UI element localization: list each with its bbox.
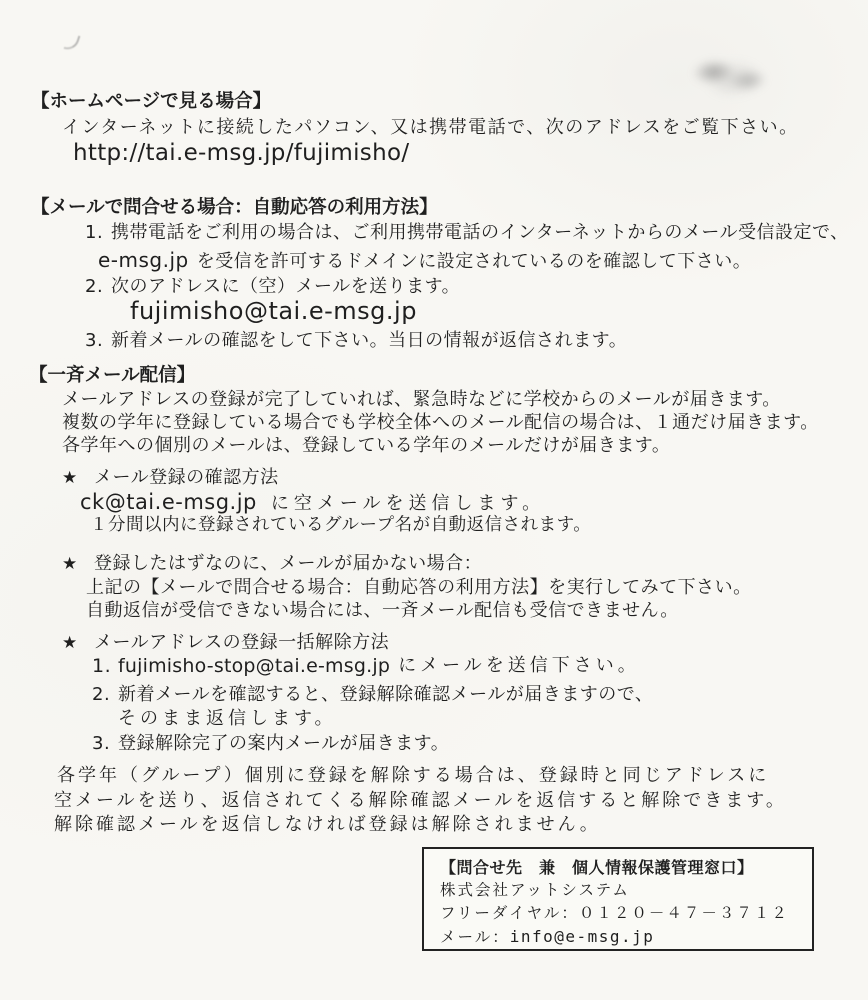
- unsubscribe-row: ★メールアドレスの登録一括解除方法: [62, 632, 389, 655]
- list-number: 3.: [92, 733, 118, 756]
- star-icon: ★: [62, 468, 94, 489]
- scan-ghost-smudge: [681, 43, 787, 115]
- auto-reply-item-1-cont: e-msg.jpを受信を許可するドメインに設定されているのを確認して下さい。: [98, 248, 751, 274]
- unsubscribe-item-1: 1. fujimisho-stop@tai.e-msg.jpにメールを送信下さい…: [92, 655, 640, 679]
- unsubscribe-item-2: 2. 新着メールを確認すると、登録解除確認メールが届きますので、: [92, 684, 653, 707]
- list-number: 2.: [92, 684, 118, 707]
- not-received-line-1: 上記の【メールで問合せる場合：自動応答の利用方法】を実行してみて下さい。: [86, 577, 752, 600]
- group-note-line-3: 解除確認メールを返信しなければ登録は解除されません。: [54, 814, 601, 837]
- not-received-line-2: 自動返信が受信できない場合には、一斉メール配信も受信できません。: [86, 600, 679, 623]
- broadcast-line-3: 各学年への個別のメールは、登録している学年のメールだけが届きます。: [62, 435, 670, 458]
- contact-phone-line: フリーダイヤル：０１２０－４７－３７１２: [440, 902, 812, 925]
- unsubscribe-item-3-text: 登録解除完了の案内メールが届きます。: [118, 733, 449, 756]
- check-method-row: ★メール登録の確認方法: [62, 467, 279, 490]
- check-method-title: メール登録の確認方法: [94, 467, 279, 488]
- auto-reply-item-1: 1. 携帯電話をご利用の場合は、ご利用携帯電話のインターネットからのメール受信設…: [85, 222, 849, 245]
- not-received-title: 登録したはずなのに、メールが届かない場合：: [94, 553, 482, 574]
- group-note-line-1: 各学年（グループ）個別に登録を解除する場合は、登録時と同じアドレスに: [57, 765, 769, 788]
- phone-label: フリーダイヤル：: [440, 904, 579, 922]
- mail-label: メール：: [440, 928, 510, 946]
- check-email-tail: に空メールを送信します。: [271, 493, 545, 514]
- mail-address: info@e-msg.jp: [510, 927, 655, 946]
- homepage-url: http://tai.e-msg.jp/fujimisho/: [73, 139, 409, 168]
- scan-pen-mark: [64, 33, 81, 53]
- group-note-line-2: 空メールを送り、返信されてくる解除確認メールを返信すると解除できます。: [54, 790, 787, 813]
- auto-reply-email-address: fujimisho@tai.e-msg.jp: [130, 296, 417, 326]
- list-number: 2.: [85, 276, 111, 299]
- list-number: 1.: [92, 655, 118, 679]
- auto-reply-item-3: 3. 新着メールの確認をして下さい。当日の情報が返信されます。: [85, 330, 627, 353]
- star-icon: ★: [62, 633, 94, 654]
- unsubscribe-title: メールアドレスの登録一括解除方法: [94, 632, 389, 653]
- contact-title: 【問合せ先 兼 個人情報保護管理窓口】: [440, 856, 812, 879]
- section-heading-homepage: 【ホームページで見る場合】: [31, 90, 271, 113]
- broadcast-line-2: 複数の学年に登録している場合でも学校全体へのメール配信の場合は、１通だけ届きます…: [62, 412, 819, 435]
- inline-domain-code: e-msg.jp: [98, 248, 189, 272]
- broadcast-line-1: メールアドレスの登録が完了していれば、緊急時などに学校からのメールが届きます。: [62, 389, 781, 412]
- auto-reply-item-3-text: 新着メールの確認をして下さい。当日の情報が返信されます。: [111, 330, 627, 353]
- spacer: [390, 655, 398, 679]
- contact-mail-line: メール：info@e-msg.jp: [440, 925, 812, 949]
- check-method-email-line: ck@tai.e-msg.jpに空メールを送信します。: [80, 489, 545, 516]
- unsubscribe-item-2-text: 新着メールを確認すると、登録解除確認メールが届きますので、: [118, 684, 653, 707]
- unsubscribe-item-1-tail: にメールを送信下さい。: [398, 655, 640, 679]
- list-number: 1.: [85, 222, 111, 245]
- list-number: 3.: [85, 330, 111, 353]
- contact-box: 【問合せ先 兼 個人情報保護管理窓口】 株式会社アットシステム フリーダイヤル：…: [422, 847, 814, 951]
- unsubscribe-item-2-cont: そのまま返信します。: [118, 708, 337, 731]
- check-email-address: ck@tai.e-msg.jp: [80, 490, 257, 514]
- not-received-row: ★登録したはずなのに、メールが届かない場合：: [62, 553, 482, 576]
- auto-reply-item-1-text: 携帯電話をご利用の場合は、ご利用携帯電話のインターネットからのメール受信設定で、: [111, 222, 849, 245]
- check-method-note: １分間以内に登録されているグループ名が自動返信されます。: [90, 515, 591, 537]
- auto-reply-item-1-cont-text: を受信を許可するドメインに設定されているのを確認して下さい。: [197, 251, 751, 272]
- unsubscribe-email-address: fujimisho-stop@tai.e-msg.jp: [118, 655, 390, 679]
- star-icon: ★: [62, 554, 94, 575]
- section-heading-auto-reply: 【メールで問合せる場合：自動応答の利用方法】: [31, 196, 438, 219]
- unsubscribe-item-3: 3. 登録解除完了の案内メールが届きます。: [92, 733, 449, 756]
- phone-number: ０１２０－４７－３７１２: [579, 904, 789, 922]
- homepage-intro-line: インターネットに接続したパソコン、又は携帯電話で、次のアドレスをご覧下さい。: [62, 117, 799, 140]
- contact-company: 株式会社アットシステム: [440, 879, 812, 902]
- section-heading-broadcast: 【一斉メール配信】: [29, 364, 195, 387]
- scanned-document-page: 【ホームページで見る場合】 インターネットに接続したパソコン、又は携帯電話で、次…: [0, 0, 868, 1000]
